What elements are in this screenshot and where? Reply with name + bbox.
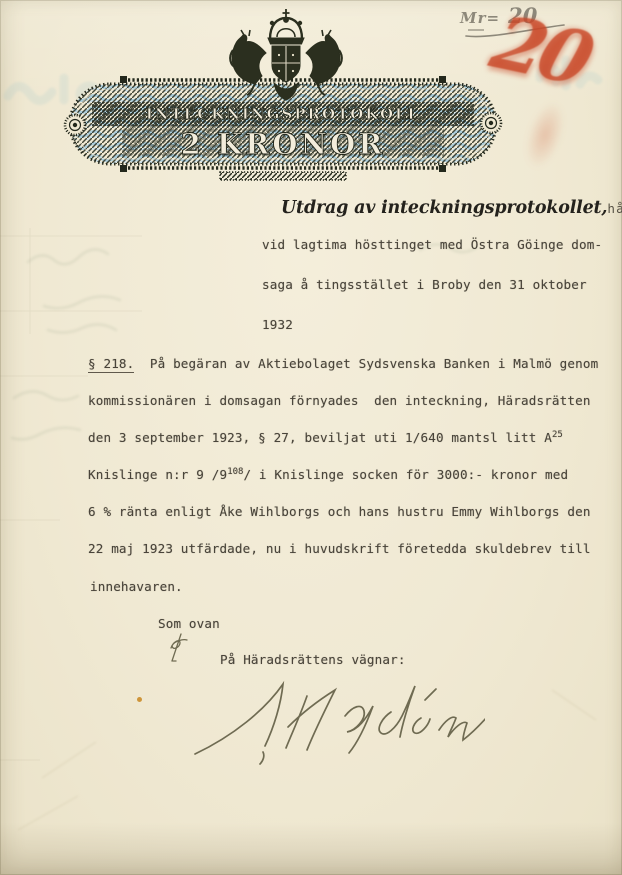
- stamp-right-rosette: [481, 113, 501, 133]
- signature-name: V. Hydén: [0, 0, 1, 1]
- paper-spot: [137, 697, 142, 702]
- heading-typed-text: hållet: [607, 201, 622, 216]
- stamp-denomination-text: 2 KRONOR: [181, 127, 386, 161]
- paragraph-line-3-superscript: 25: [552, 430, 563, 440]
- red-crayon-smudge: [518, 96, 572, 173]
- intro-line-1: vid lagtima hösttinget med Östra Göinge …: [262, 237, 602, 253]
- closing-on-behalf: På Häradsrättens vägnar:: [220, 652, 406, 668]
- paragraph-line-6: 22 maj 1923 utfärdade, nu i huvudskrift …: [88, 541, 591, 557]
- closing-som-ovan: Som ovan: [158, 616, 220, 632]
- paragraph-line-1: § 218. På begäran av Aktiebolaget Sydsve…: [88, 356, 598, 372]
- paragraph-line-3: den 3 september 1923, § 27, beviljat uti…: [88, 430, 563, 446]
- stamp-title-text: INTECKNINGSPROTOKOLL: [146, 105, 420, 123]
- intro-line-2: saga å tingsstället i Broby den 31 oktob…: [262, 277, 587, 293]
- paragraph-line-4-text-b: / i Knislinge socken för 3000:- kronor m…: [243, 467, 568, 482]
- signature: [193, 670, 485, 770]
- document-heading: Utdrag av inteckningsprotokollet,hållet: [281, 198, 622, 218]
- stamp-left-rosette: [65, 115, 85, 135]
- scanned-document-page: Mr=20 20: [0, 0, 622, 875]
- paragraph-line-5: 6 % ränta enligt Åke Wihlborgs och hans …: [88, 504, 591, 520]
- paragraph-line-2: kommissionären i domsagan förnyades den …: [88, 393, 591, 409]
- paragraph-line-3-text: den 3 september 1923, § 27, beviljat uti…: [88, 430, 552, 445]
- paragraph-line-4-superscript: 108: [227, 467, 243, 477]
- paragraph-line-4: Knislinge n:r 9 /9108/ i Knislinge socke…: [88, 467, 568, 483]
- clerk-initials-mark: [165, 632, 191, 664]
- paragraph-line-1-text: På begäran av Aktiebolaget Sydsvenska Ba…: [134, 356, 598, 371]
- paragraph-line-7: innehavaren.: [90, 579, 183, 595]
- section-number: § 218.: [88, 356, 134, 373]
- intro-line-3-year: 1932: [262, 317, 293, 333]
- heading-printed-text: Utdrag av inteckningsprotokollet,: [281, 198, 607, 218]
- coat-of-arms-icon: [224, 9, 348, 105]
- paragraph-line-4-text-a: Knislinge n:r 9 /9: [88, 467, 227, 482]
